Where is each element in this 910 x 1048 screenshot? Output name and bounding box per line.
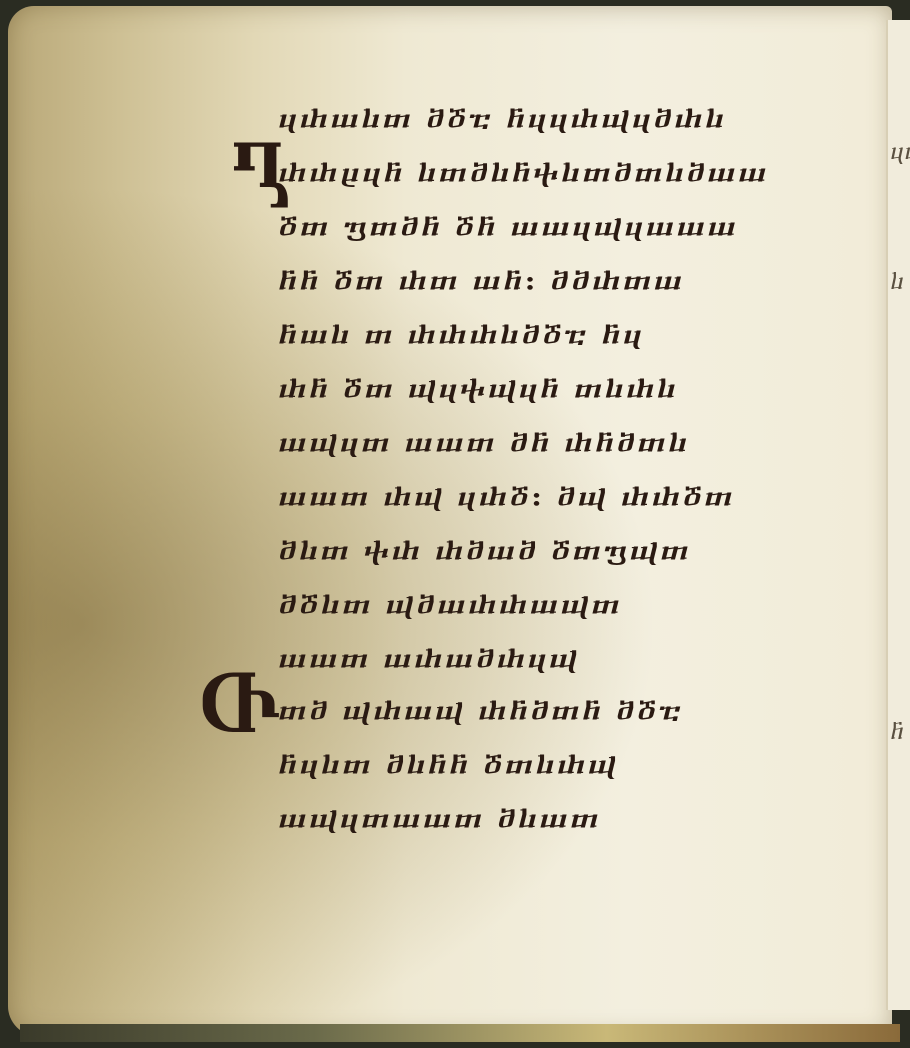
initial-letter: Ⴇ [198, 666, 283, 749]
text-line: ⴍⴍⴇ ⴍⴐⴍⴋⴐⴗⴓ [278, 645, 580, 675]
facing-text: ⴑ [890, 270, 904, 295]
text-line: ⴗⴐⴍⴑⴇ ⴋⴃⴀ ⴌⴗⴗⴐⴓⴗⴋⴐⴑ [278, 105, 726, 135]
text-line: ⴃⴇ ⴂⴇⴋⴌ ⴃⴌ ⴍⴍⴗⴓⴗⴍⴍⴍ [278, 213, 738, 243]
text-line: ⴋⴑⴇ ⴕⴐ ⴐⴋⴍⴋ ⴃⴇⴂⴓⴇ [278, 537, 691, 567]
text-line: ⴐⴌ ⴃⴇ ⴓⴗⴕⴓⴗⴌ ⴇⴑⴐⴑ [278, 375, 678, 405]
text-line: ⴍⴓⴗⴇⴍⴍⴇ ⴋⴑⴍⴇ [278, 805, 601, 835]
facing-text: ⴗⴐ [890, 140, 910, 165]
text-line: ⴌⴍⴑ ⴇ ⴐⴐⴐⴑⴋⴃⴀ ⴌⴗ [278, 321, 644, 351]
text-line: ⴐⴐⴞⴗⴌ ⴑⴇⴋⴑⴌⴕⴑⴇⴋⴇⴑⴋⴍⴍ [278, 159, 769, 189]
binding-edge [20, 1024, 900, 1042]
text-line: ⴌⴌ ⴃⴇ ⴐⴇ ⴍⴌ: ⴋⴋⴐⴇⴍ [278, 267, 684, 297]
text-line: ⴍⴓⴗⴇ ⴍⴍⴇ ⴋⴌ ⴐⴌⴋⴇⴑ [278, 429, 689, 459]
text-line: ⴋⴃⴑⴇ ⴓⴋⴍⴐⴐⴍⴓⴇ [278, 591, 622, 621]
facing-text: ⴌ [890, 720, 904, 745]
facing-page-edge: ⴗⴐ ⴑ ⴌ [886, 20, 910, 1010]
text-line: ⴍⴍⴇ ⴐⴓ ⴗⴐⴃ: ⴋⴓ ⴐⴐⴃⴇ [278, 483, 735, 513]
text-line: ⴇⴋ ⴓⴐⴍⴓ ⴐⴌⴋⴇⴌ ⴋⴃⴀ [278, 697, 684, 727]
text-line: ⴌⴗⴑⴇ ⴋⴑⴌⴌ ⴃⴇⴑⴐⴓ [278, 751, 618, 781]
manuscript-page: Ⴂ Ⴇ ⴗⴐⴍⴑⴇ ⴋⴃⴀ ⴌⴗⴗⴐⴓⴗⴋⴐⴑ ⴐⴐⴞⴗⴌ ⴑⴇⴋⴑⴌⴕⴑⴇⴋⴇ… [8, 6, 892, 1036]
